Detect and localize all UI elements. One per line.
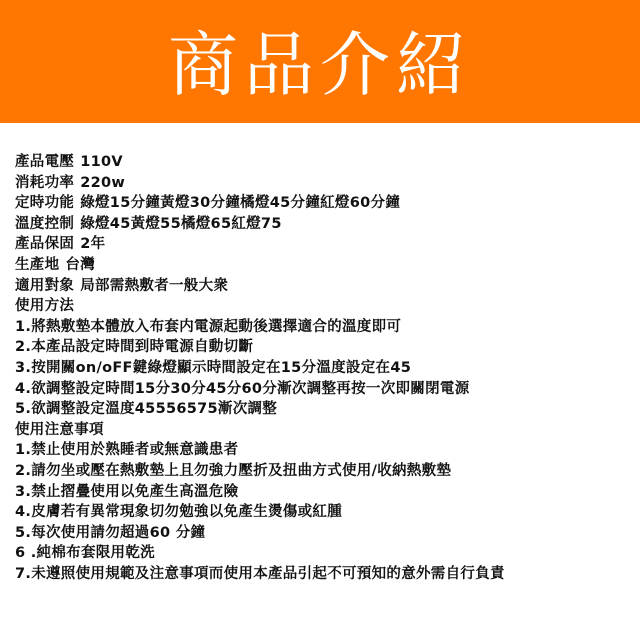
- product-description: 產品電壓110V 消耗功率220w 定時功能綠燈15分鐘黃燈30分鐘橘燈45分鐘…: [15, 152, 630, 584]
- caution-item: 1.禁止使用於熟睡者或無意識患者: [15, 440, 630, 461]
- caution-item: 6 .純棉布套限用乾洗: [15, 543, 630, 564]
- spec-voltage: 產品電壓110V: [15, 152, 630, 173]
- spec-value: 綠燈45黃燈55橘燈65紅燈75: [80, 216, 282, 232]
- usage-step: 5.欲調整設定溫度45556575漸次調整: [15, 399, 630, 420]
- usage-step: 1.將熱敷墊本體放入布套内電源起動後選擇適合的溫度即可: [15, 317, 630, 338]
- caution-item: 3.禁止摺疊使用以免產生高溫危險: [15, 482, 630, 503]
- spec-value: 220w: [80, 175, 125, 191]
- cautions-heading: 使用注意事項: [15, 420, 630, 441]
- spec-value: 台灣: [65, 257, 95, 273]
- spec-label: 溫度控制: [15, 216, 74, 232]
- spec-value: 110V: [80, 154, 123, 170]
- spec-value: 綠燈15分鐘黃燈30分鐘橘燈45分鐘紅燈60分鐘: [80, 195, 400, 211]
- spec-warranty: 產品保固2年: [15, 234, 630, 255]
- spec-value: 2年: [80, 236, 105, 252]
- spec-label: 消耗功率: [15, 175, 74, 191]
- spec-timer: 定時功能綠燈15分鐘黃燈30分鐘橘燈45分鐘紅燈60分鐘: [15, 193, 630, 214]
- usage-step: 2.本產品設定時間到時電源自動切斷: [15, 337, 630, 358]
- header-banner: 商品介紹: [0, 0, 640, 123]
- spec-origin: 生產地台灣: [15, 255, 630, 276]
- caution-item: 2.請勿坐或壓在熱敷墊上且勿強力壓折及扭曲方式使用/收納熱敷墊: [15, 461, 630, 482]
- usage-step: 3.按開關on/oFF鍵綠燈顯示時間設定在15分溫度設定在45: [15, 358, 630, 379]
- caution-item: 4.皮膚若有異常現象切勿勉強以免產生燙傷或紅腫: [15, 502, 630, 523]
- caution-item: 7.未遵照使用規範及注意事項而使用本產品引起不可預知的意外需自行負責: [15, 564, 630, 585]
- spec-label: 產品保固: [15, 236, 74, 252]
- usage-heading: 使用方法: [15, 296, 630, 317]
- spec-label: 定時功能: [15, 195, 74, 211]
- spec-temperature: 溫度控制綠燈45黃燈55橘燈65紅燈75: [15, 214, 630, 235]
- usage-step: 4.欲調整設定時間15分30分45分60分漸次調整再按一次即關閉電源: [15, 379, 630, 400]
- spec-value: 局部需熱敷者一般大衆: [80, 278, 228, 294]
- spec-label: 適用對象: [15, 278, 74, 294]
- spec-label: 生產地: [15, 257, 59, 273]
- spec-label: 產品電壓: [15, 154, 74, 170]
- caution-item: 5.每次使用請勿超過60 分鐘: [15, 523, 630, 544]
- spec-power: 消耗功率220w: [15, 173, 630, 194]
- spec-target-users: 適用對象局部需熱敷者一般大衆: [15, 276, 630, 297]
- page-title: 商品介紹: [168, 9, 472, 110]
